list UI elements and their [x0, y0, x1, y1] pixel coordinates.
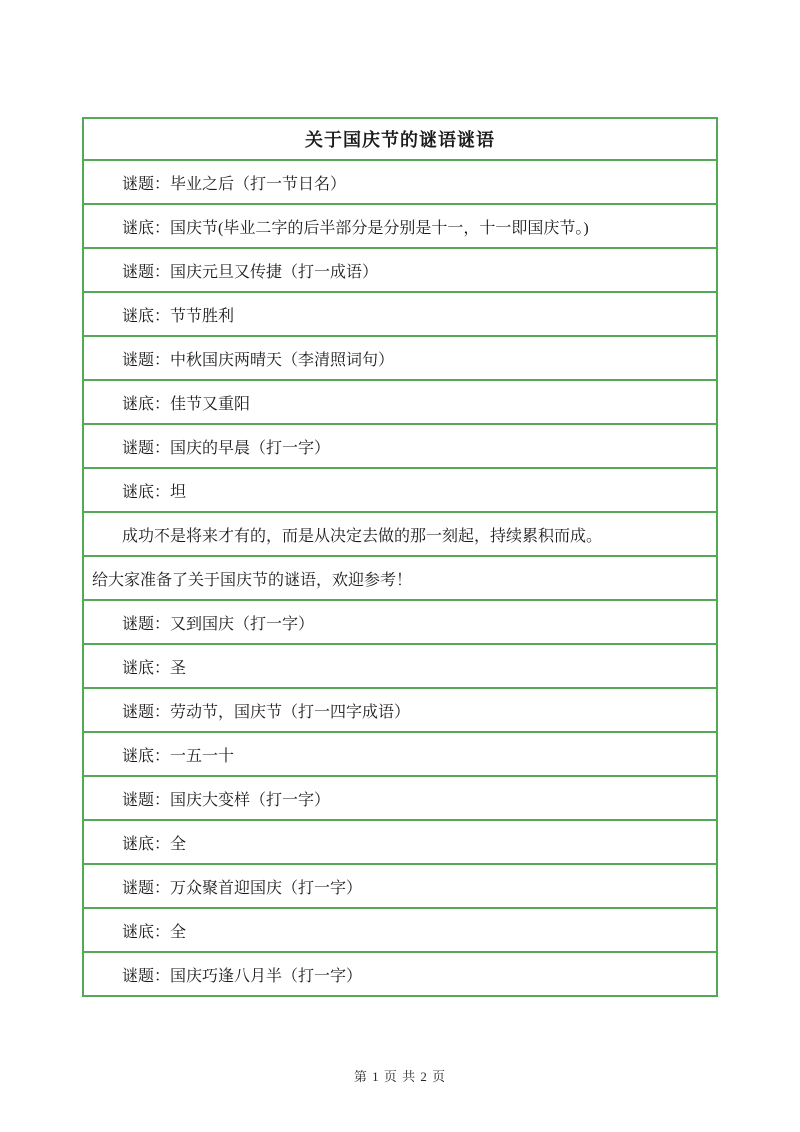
- table-row: 谜题：国庆大变样（打一字）: [84, 775, 716, 819]
- table-row: 给大家准备了关于国庆节的谜语，欢迎参考！: [84, 555, 716, 599]
- table-row: 谜底：节节胜利: [84, 291, 716, 335]
- table-row: 谜底：佳节又重阳: [84, 379, 716, 423]
- table-row: 谜底：坦: [84, 467, 716, 511]
- table-row: 谜题：劳动节，国庆节（打一四字成语）: [84, 687, 716, 731]
- table-row: 谜题：国庆的早晨（打一字）: [84, 423, 716, 467]
- table-row: 谜底：全: [84, 907, 716, 951]
- table-row: 谜底：国庆节(毕业二字的后半部分是分别是十一，十一即国庆节。): [84, 203, 716, 247]
- page-number: 第 1 页 共 2 页: [0, 1066, 800, 1085]
- table-row: 成功不是将来才有的，而是从决定去做的那一刻起，持续累积而成。: [84, 511, 716, 555]
- table-row: 谜题：国庆巧逢八月半（打一字）: [84, 951, 716, 995]
- table-row: 谜题：万众聚首迎国庆（打一字）: [84, 863, 716, 907]
- table-row: 谜题：又到国庆（打一字）: [84, 599, 716, 643]
- table-row: 谜题：国庆元旦又传捷（打一成语）: [84, 247, 716, 291]
- table-row: 谜底：一五一十: [84, 731, 716, 775]
- table-row: 谜题：中秋国庆两晴天（李清照词句）: [84, 335, 716, 379]
- table-row: 谜底：全: [84, 819, 716, 863]
- riddle-table: 关于国庆节的谜语谜语 谜题：毕业之后（打一节日名） 谜底：国庆节(毕业二字的后半…: [82, 117, 718, 997]
- table-title: 关于国庆节的谜语谜语: [84, 119, 716, 159]
- table-row: 谜题：毕业之后（打一节日名）: [84, 159, 716, 203]
- table-row: 谜底：圣: [84, 643, 716, 687]
